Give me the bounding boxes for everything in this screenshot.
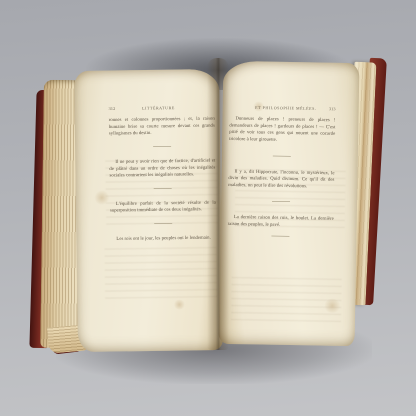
book-photo: 312 LITTÉRATURE ronnes et colonnes propo… — [0, 0, 416, 416]
right-page-text: ET PHILOSOPHIE MÊLÉES. 313 Donneurs de p… — [227, 105, 335, 237]
paragraph: Donneurs de places ! preneurs de places … — [229, 115, 335, 144]
separator-rule — [272, 201, 290, 202]
left-running-header-title: LITTÉRATURE — [142, 106, 175, 111]
foxing-spot — [323, 299, 341, 313]
gutter-shadow — [207, 58, 229, 350]
right-page: ET PHILOSOPHIE MÊLÉES. 313 Donneurs de p… — [219, 61, 360, 346]
left-running-head: 312 LITTÉRATURE — [109, 105, 215, 111]
separator-rule — [271, 236, 289, 237]
paragraph: Il ne peut y avoir rien que de factice, … — [109, 158, 215, 180]
paragraph: Il y a, dit Hippocrate, l'inconnu, le my… — [228, 168, 334, 190]
separator-rule — [154, 223, 172, 224]
separator-rule — [154, 188, 172, 189]
paragraph: Les rois ont le jour, les peuples ont le… — [110, 235, 216, 243]
right-running-header-title: ET PHILOSOPHIE MÊLÉES. — [255, 105, 316, 111]
paragraph: La dernière raison des rois, le boulet. … — [228, 214, 334, 229]
left-page: 312 LITTÉRATURE ronnes et colonnes propo… — [74, 69, 223, 352]
paragraph: L'équilibre parfait de la société résult… — [110, 199, 216, 214]
left-page-number: 312 — [109, 106, 116, 111]
separator-rule — [273, 155, 291, 156]
show-through — [105, 247, 218, 305]
left-page-text: 312 LITTÉRATURE ronnes et colonnes propo… — [109, 105, 217, 243]
right-page-number: 313 — [329, 107, 336, 112]
foxing-spot — [173, 299, 185, 309]
separator-rule — [153, 146, 171, 147]
paragraph: ronnes et colonnes proportionnées ; et, … — [109, 116, 215, 138]
right-running-head: ET PHILOSOPHIE MÊLÉES. 313 — [230, 105, 336, 111]
